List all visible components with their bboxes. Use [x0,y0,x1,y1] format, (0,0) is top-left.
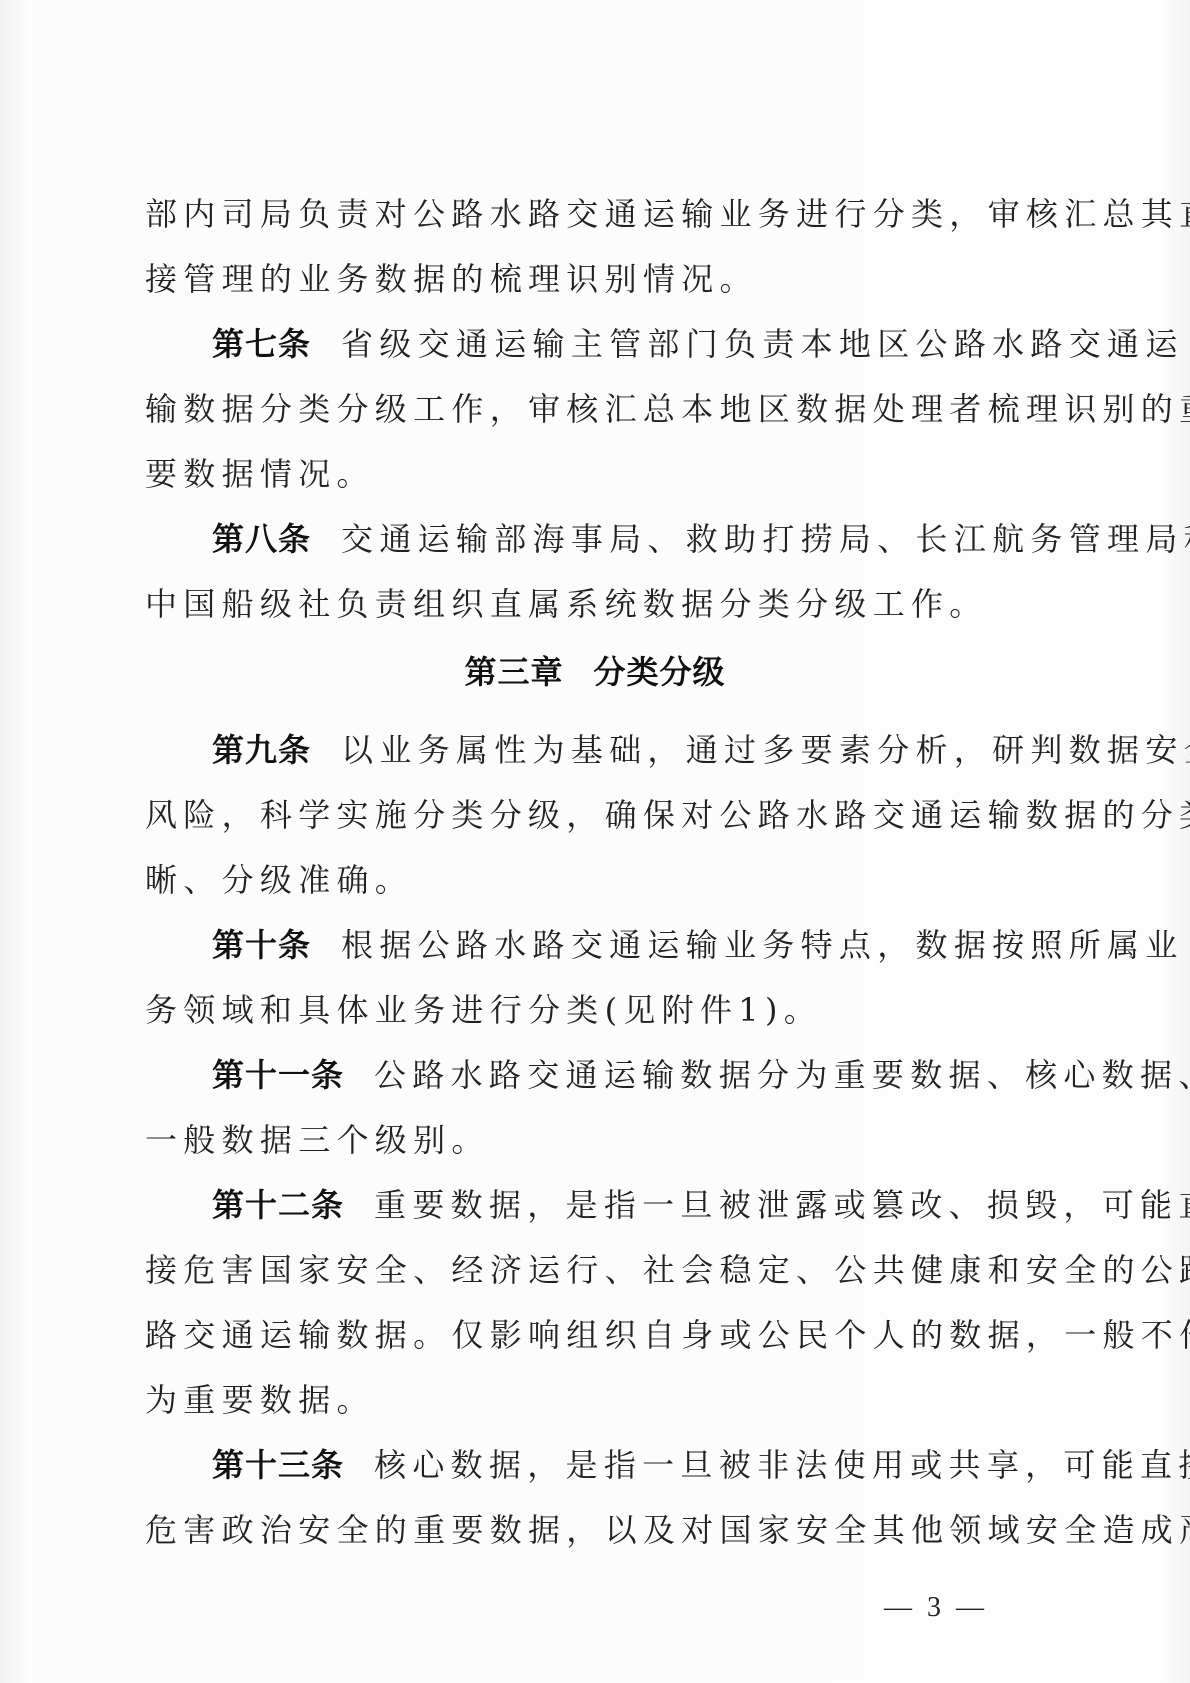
page-number: — 3 — [884,1590,988,1626]
article-12: 第十二条重要数据，是指一旦被泄露或篡改、损毁，可能直 [212,1183,957,1227]
line-text: 接危害国家安全、经济运行、社会稳定、公共健康和安全的公路水 [145,1251,1190,1289]
line-text: 路交通运输数据。仅影响组织自身或公民个人的数据，一般不作 [145,1316,1190,1354]
article-label: 第七条 [212,325,311,363]
text-line: 风险，科学实施分类分级，确保对公路水路交通运输数据的分类清 [145,793,957,837]
line-text: 晰、分级准确。 [145,861,413,899]
line-text: 要数据情况。 [145,455,375,493]
line-text: 接管理的业务数据的梳理识别情况。 [145,260,758,298]
line-text: 中国船级社负责组织直属系统数据分类分级工作。 [145,585,988,623]
line-text: 风险，科学实施分类分级，确保对公路水路交通运输数据的分类清 [145,796,1190,834]
article-9: 第九条以业务属性为基础，通过多要素分析，研判数据安全 [212,728,957,772]
article-label: 第九条 [212,731,311,769]
article-label: 第八条 [212,520,311,558]
chapter-heading: 第三章分类分级 [0,650,1190,694]
text-line: 中国船级社负责组织直属系统数据分类分级工作。 [145,582,957,626]
article-10: 第十条根据公路水路交通运输业务特点，数据按照所属业 [212,923,957,967]
text-line: 路交通运输数据。仅影响组织自身或公民个人的数据，一般不作 [145,1313,957,1357]
line-text: 省级交通运输主管部门负责本地区公路水路交通运 [341,325,1184,363]
text-line: 为重要数据。 [145,1378,957,1422]
chapter-title: 分类分级 [594,653,726,691]
line-text: 危害政治安全的重要数据，以及对国家安全其他领域安全造成严 [145,1511,1190,1549]
article-label: 第十三条 [212,1446,344,1484]
article-11: 第十一条公路水路交通运输数据分为重要数据、核心数据、 [212,1053,957,1097]
line-text: 部内司局负责对公路水路交通运输业务进行分类，审核汇总其直 [145,195,1190,233]
line-text: 一般数据三个级别。 [145,1121,490,1159]
article-13: 第十三条核心数据，是指一旦被非法使用或共享，可能直接 [212,1443,957,1487]
text-line: 接危害国家安全、经济运行、社会稳定、公共健康和安全的公路水 [145,1248,957,1292]
article-label: 第十条 [212,926,311,964]
text-line: 输数据分类分级工作，审核汇总本地区数据处理者梳理识别的重 [145,387,957,431]
text-line: 晰、分级准确。 [145,858,957,902]
text-line: 部内司局负责对公路水路交通运输业务进行分类，审核汇总其直 [145,192,957,236]
article-7: 第七条省级交通运输主管部门负责本地区公路水路交通运 [212,322,957,366]
text-line: 要数据情况。 [145,452,957,496]
text-line: 接管理的业务数据的梳理识别情况。 [145,257,957,301]
text-line: 务领域和具体业务进行分类(见附件1)。 [145,988,957,1032]
line-text: 为重要数据。 [145,1381,375,1419]
line-text: 公路水路交通运输数据分为重要数据、核心数据、 [374,1056,1190,1094]
chapter-number: 第三章 [464,653,563,691]
article-label: 第十二条 [212,1186,344,1224]
document-page: 部内司局负责对公路水路交通运输业务进行分类，审核汇总其直 接管理的业务数据的梳理… [0,0,1190,1683]
line-text: 务领域和具体业务进行分类(见附件1)。 [145,991,822,1029]
line-text: 交通运输部海事局、救助打捞局、长江航务管理局和 [341,520,1190,558]
text-line: 危害政治安全的重要数据，以及对国家安全其他领域安全造成严 [145,1508,957,1552]
line-text: 输数据分类分级工作，审核汇总本地区数据处理者梳理识别的重 [145,390,1190,428]
line-text: 重要数据，是指一旦被泄露或篡改、损毁，可能直 [374,1186,1190,1224]
article-8: 第八条交通运输部海事局、救助打捞局、长江航务管理局和 [212,517,957,561]
line-text: 以业务属性为基础，通过多要素分析，研判数据安全 [341,731,1190,769]
article-label: 第十一条 [212,1056,344,1094]
line-text: 核心数据，是指一旦被非法使用或共享，可能直接 [374,1446,1190,1484]
text-line: 一般数据三个级别。 [145,1118,957,1162]
line-text: 根据公路水路交通运输业务特点，数据按照所属业 [341,926,1184,964]
